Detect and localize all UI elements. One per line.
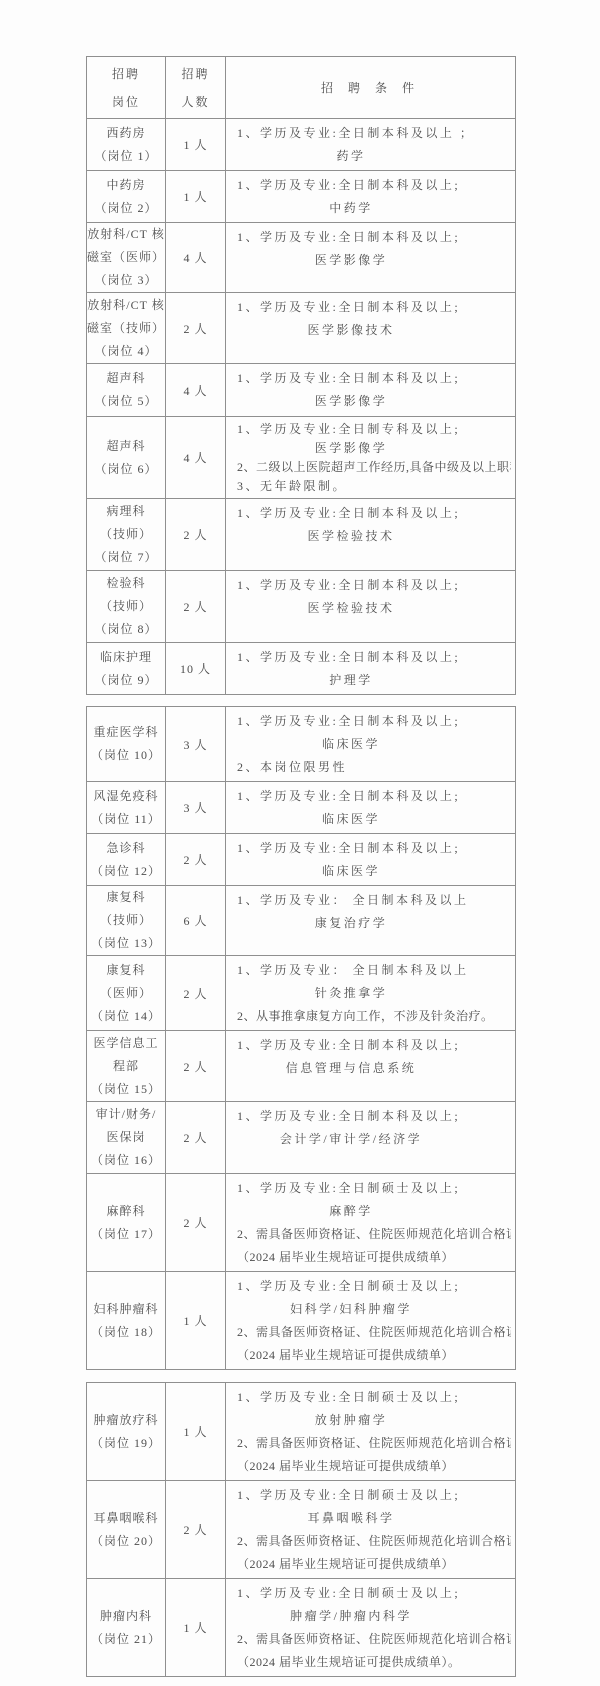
- count-cell: 4 人: [166, 223, 226, 293]
- condition-line: 1、学历及专业:全日制本科及以上;: [237, 574, 511, 597]
- condition-line: 2、二级以上医院超声工作经历,具备中级及以上职称。: [237, 458, 511, 477]
- position-cell: 医学信息工程部（岗位 15）: [87, 1031, 166, 1102]
- condition-cell: 1、学历及专业:全日制本科及以上;护理学: [226, 643, 516, 695]
- condition-cell: 1、学历及专业:全日制硕士及以上;耳鼻咽喉科学2、需具备医师资格证、住院医师规范…: [226, 1481, 516, 1579]
- condition-line: 2、需具备医师资格证、住院医师规范化培训合格证。: [237, 1530, 511, 1553]
- position-line: 肿瘤放疗科: [87, 1409, 165, 1432]
- condition-line: 医学影像学: [237, 390, 511, 413]
- position-line: 审计/财务/: [87, 1103, 165, 1126]
- condition-line: 医学影像学: [237, 439, 511, 458]
- condition-line: 2、从事推拿康复方向工作，不涉及针灸治疗。: [237, 1005, 511, 1028]
- position-line: 中药房: [87, 174, 165, 197]
- condition-cell: 1、学历及专业:全日制本科及以上;医学影像技术: [226, 293, 516, 364]
- condition-line: 1、学历及专业： 全日制本科及以上: [237, 959, 511, 982]
- position-line: 麻醉科: [87, 1200, 165, 1223]
- condition-cell: 1、学历及专业:全日制本科及以上;信息管理与信息系统: [226, 1031, 516, 1102]
- condition-cell: 1、学历及专业:全日制本科及以上;医学检验技术: [226, 571, 516, 643]
- position-line: （岗位 19）: [87, 1432, 165, 1455]
- position-line: 病理科: [87, 500, 165, 523]
- condition-line: 妇科学/妇科肿瘤学: [237, 1298, 511, 1321]
- position-cell: 超声科（岗位 6）: [87, 417, 166, 499]
- header-condition-cell: 招 聘 条 件: [226, 57, 516, 119]
- position-line: （岗位 3）: [87, 269, 165, 292]
- table-row: 审计/财务/医保岗（岗位 16） 2 人 1、学历及专业:全日制本科及以上;会计…: [87, 1102, 516, 1174]
- header-position-cell: 招聘 岗位: [87, 57, 166, 119]
- condition-line: 1、学历及专业:全日制硕士及以上;: [237, 1386, 511, 1409]
- position-line: 西药房: [87, 122, 165, 145]
- condition-cell: 1、学历及专业:全日制硕士及以上;肿瘤学/肿瘤内科学2、需具备医师资格证、住院医…: [226, 1579, 516, 1677]
- table-row: 医学信息工程部（岗位 15） 2 人 1、学历及专业:全日制本科及以上;信息管理…: [87, 1031, 516, 1102]
- position-line: （岗位 17）: [87, 1223, 165, 1246]
- condition-line: 3、无年龄限制。: [237, 477, 511, 496]
- table-row: 妇科肿瘤科（岗位 18） 1 人 1、学历及专业:全日制硕士及以上;妇科学/妇科…: [87, 1272, 516, 1370]
- count-cell: 4 人: [166, 417, 226, 499]
- position-line: 风湿免疫科: [87, 785, 165, 808]
- position-line: 医保岗: [87, 1126, 165, 1149]
- recruitment-table-3: 肿瘤放疗科（岗位 19） 1 人 1、学历及专业:全日制硕士及以上;放射肿瘤学2…: [86, 1382, 516, 1677]
- condition-line: 1、学历及专业:全日制硕士及以上;: [237, 1484, 511, 1507]
- condition-cell: 1、学历及专业:全日制本科及以上;临床医学: [226, 834, 516, 886]
- condition-line: 医学检验技术: [237, 597, 511, 620]
- position-cell: 耳鼻咽喉科（岗位 20）: [87, 1481, 166, 1579]
- condition-line: 1、学历及专业:全日制专科及以上;: [237, 420, 511, 439]
- count-cell: 1 人: [166, 119, 226, 171]
- position-line: （岗位 11）: [87, 808, 165, 831]
- position-line: （岗位 7）: [87, 546, 165, 569]
- count-cell: 3 人: [166, 707, 226, 782]
- position-cell: 超声科（岗位 5）: [87, 364, 166, 417]
- condition-line: 2、需具备医师资格证、住院医师规范化培训合格证。: [237, 1432, 511, 1455]
- position-cell: 临床护理（岗位 9）: [87, 643, 166, 695]
- count-cell: 2 人: [166, 1174, 226, 1272]
- position-cell: 风湿免疫科（岗位 11）: [87, 782, 166, 834]
- position-cell: 肿瘤放疗科（岗位 19）: [87, 1383, 166, 1481]
- position-line: 康复科: [87, 886, 165, 909]
- position-cell: 康复科（医师）（岗位 14）: [87, 956, 166, 1031]
- recruitment-table-2: 重症医学科（岗位 10） 3 人 1、学历及专业:全日制本科及以上;临床医学2、…: [86, 706, 516, 1370]
- condition-line: 麻醉学: [237, 1200, 511, 1223]
- position-line: 放射科/CT 核: [87, 294, 165, 317]
- recruitment-table-1: 招聘 岗位 招聘 人数 招 聘 条 件 西药房（岗位 1） 1 人 1、学历及专…: [86, 56, 516, 695]
- condition-line: 临床医学: [237, 808, 511, 831]
- table-row: 麻醉科（岗位 17） 2 人 1、学历及专业:全日制硕士及以上;麻醉学2、需具备…: [87, 1174, 516, 1272]
- position-line: 检验科: [87, 572, 165, 595]
- condition-line: 1、学历及专业:全日制本科及以上 ；: [237, 122, 511, 145]
- condition-line: 信息管理与信息系统: [237, 1057, 511, 1080]
- condition-line: 2、需具备医师资格证、住院医师规范化培训合格证。: [237, 1223, 511, 1246]
- table-row: 检验科（技师）（岗位 8） 2 人 1、学历及专业:全日制本科及以上;医学检验技…: [87, 571, 516, 643]
- table-row: 西药房（岗位 1） 1 人 1、学历及专业:全日制本科及以上 ；药学: [87, 119, 516, 171]
- position-line: 重症医学科: [87, 721, 165, 744]
- condition-line: 1、学历及专业:全日制硕士及以上;: [237, 1275, 511, 1298]
- condition-line: 1、学历及专业:全日制本科及以上;: [237, 367, 511, 390]
- count-cell: 1 人: [166, 1579, 226, 1677]
- table-row: 急诊科（岗位 12） 2 人 1、学历及专业:全日制本科及以上;临床医学: [87, 834, 516, 886]
- position-line: （岗位 21）: [87, 1628, 165, 1651]
- count-cell: 2 人: [166, 834, 226, 886]
- position-line: （岗位 16）: [87, 1149, 165, 1172]
- count-cell: 2 人: [166, 956, 226, 1031]
- position-line: （技师）: [87, 523, 165, 546]
- table-header-row: 招聘 岗位 招聘 人数 招 聘 条 件: [87, 57, 516, 119]
- position-line: 急诊科: [87, 837, 165, 860]
- condition-line: 1、学历及专业:全日制本科及以上;: [237, 174, 511, 197]
- count-cell: 2 人: [166, 1102, 226, 1174]
- position-cell: 放射科/CT 核磁室（技师）（岗位 4）: [87, 293, 166, 364]
- condition-line: 中药学: [237, 197, 511, 220]
- count-cell: 3 人: [166, 782, 226, 834]
- position-cell: 重症医学科（岗位 10）: [87, 707, 166, 782]
- position-cell: 西药房（岗位 1）: [87, 119, 166, 171]
- condition-line: 1、学历及专业:全日制本科及以上;: [237, 837, 511, 860]
- position-cell: 中药房（岗位 2）: [87, 171, 166, 223]
- position-line: 程部: [87, 1055, 165, 1078]
- condition-line: （2024 届毕业生规培证可提供成绩单）: [237, 1344, 511, 1367]
- condition-cell: 1、学历及专业:全日制硕士及以上;麻醉学2、需具备医师资格证、住院医师规范化培训…: [226, 1174, 516, 1272]
- position-cell: 妇科肿瘤科（岗位 18）: [87, 1272, 166, 1370]
- condition-line: 临床医学: [237, 733, 511, 756]
- table-row: 病理科（技师）（岗位 7） 2 人 1、学历及专业:全日制本科及以上;医学检验技…: [87, 499, 516, 571]
- condition-cell: 1、学历及专业： 全日制本科及以上康复治疗学: [226, 886, 516, 956]
- header-count-cell: 招聘 人数: [166, 57, 226, 119]
- position-cell: 检验科（技师）（岗位 8）: [87, 571, 166, 643]
- condition-line: 2、需具备医师资格证、住院医师规范化培训合格证。: [237, 1628, 511, 1651]
- position-line: 磁室（医师）: [87, 246, 165, 269]
- recruitment-document: 招聘 岗位 招聘 人数 招 聘 条 件 西药房（岗位 1） 1 人 1、学历及专…: [0, 0, 600, 1677]
- count-cell: 2 人: [166, 499, 226, 571]
- condition-line: （2024 届毕业生规培证可提供成绩单）: [237, 1553, 511, 1576]
- position-cell: 急诊科（岗位 12）: [87, 834, 166, 886]
- condition-line: 1、学历及专业:全日制本科及以上;: [237, 1034, 511, 1057]
- condition-cell: 1、学历及专业:全日制本科及以上;临床医学: [226, 782, 516, 834]
- condition-line: 1、学历及专业:全日制本科及以上;: [237, 226, 511, 249]
- table-row: 耳鼻咽喉科（岗位 20） 2 人 1、学历及专业:全日制硕士及以上;耳鼻咽喉科学…: [87, 1481, 516, 1579]
- condition-line: 医学检验技术: [237, 525, 511, 548]
- table-row: 风湿免疫科（岗位 11） 3 人 1、学历及专业:全日制本科及以上;临床医学: [87, 782, 516, 834]
- position-line: （岗位 15）: [87, 1078, 165, 1101]
- table-row: 超声科（岗位 5） 4 人 1、学历及专业:全日制本科及以上;医学影像学: [87, 364, 516, 417]
- position-line: （岗位 1）: [87, 145, 165, 168]
- count-cell: 1 人: [166, 171, 226, 223]
- position-cell: 康复科（技师）（岗位 13）: [87, 886, 166, 956]
- position-line: （岗位 4）: [87, 340, 165, 363]
- condition-line: 药学: [237, 145, 511, 168]
- position-line: （岗位 2）: [87, 197, 165, 220]
- position-line: （岗位 13）: [87, 932, 165, 955]
- condition-line: （2024 届毕业生规培证可提供成绩单）: [237, 1455, 511, 1478]
- condition-line: 护理学: [237, 669, 511, 692]
- position-line: （岗位 10）: [87, 744, 165, 767]
- table-row: 重症医学科（岗位 10） 3 人 1、学历及专业:全日制本科及以上;临床医学2、…: [87, 707, 516, 782]
- condition-cell: 1、学历及专业:全日制专科及以上;医学影像学2、二级以上医院超声工作经历,具备中…: [226, 417, 516, 499]
- condition-line: 医学影像技术: [237, 319, 511, 342]
- position-line: （岗位 18）: [87, 1321, 165, 1344]
- condition-line: 1、学历及专业:全日制本科及以上;: [237, 1105, 511, 1128]
- count-cell: 2 人: [166, 293, 226, 364]
- header-count-line1: 招聘: [166, 60, 225, 88]
- position-line: 肿瘤内科: [87, 1605, 165, 1628]
- condition-line: （2024 届毕业生规培证可提供成绩单）: [237, 1246, 511, 1269]
- position-line: （岗位 5）: [87, 390, 165, 413]
- table-row: 肿瘤内科（岗位 21） 1 人 1、学历及专业:全日制硕士及以上;肿瘤学/肿瘤内…: [87, 1579, 516, 1677]
- condition-line: 临床医学: [237, 860, 511, 883]
- table-row: 临床护理（岗位 9） 10 人 1、学历及专业:全日制本科及以上;护理学: [87, 643, 516, 695]
- position-line: （技师）: [87, 909, 165, 932]
- count-cell: 1 人: [166, 1272, 226, 1370]
- table-row: 放射科/CT 核磁室（技师）（岗位 4） 2 人 1、学历及专业:全日制本科及以…: [87, 293, 516, 364]
- condition-line: 1、学历及专业:全日制本科及以上;: [237, 785, 511, 808]
- position-line: （岗位 6）: [87, 458, 165, 481]
- count-cell: 2 人: [166, 1031, 226, 1102]
- condition-cell: 1、学历及专业:全日制本科及以上;中药学: [226, 171, 516, 223]
- count-cell: 2 人: [166, 571, 226, 643]
- table-row: 中药房（岗位 2） 1 人 1、学历及专业:全日制本科及以上;中药学: [87, 171, 516, 223]
- condition-line: 1、学历及专业:全日制本科及以上;: [237, 296, 511, 319]
- condition-cell: 1、学历及专业:全日制本科及以上;医学检验技术: [226, 499, 516, 571]
- position-cell: 肿瘤内科（岗位 21）: [87, 1579, 166, 1677]
- position-line: （岗位 12）: [87, 860, 165, 883]
- position-cell: 麻醉科（岗位 17）: [87, 1174, 166, 1272]
- condition-line: 放射肿瘤学: [237, 1409, 511, 1432]
- condition-line: 1、学历及专业:全日制本科及以上;: [237, 502, 511, 525]
- condition-line: 1、学历及专业： 全日制本科及以上: [237, 889, 511, 912]
- position-line: （医师）: [87, 982, 165, 1005]
- position-cell: 病理科（技师）（岗位 7）: [87, 499, 166, 571]
- header-count-line2: 人数: [166, 88, 225, 116]
- condition-cell: 1、学历及专业:全日制本科及以上;临床医学2、本岗位限男性: [226, 707, 516, 782]
- condition-cell: 1、学历及专业:全日制本科及以上 ；药学: [226, 119, 516, 171]
- count-cell: 6 人: [166, 886, 226, 956]
- header-position-line2: 岗位: [87, 88, 165, 116]
- position-line: （岗位 9）: [87, 669, 165, 692]
- count-cell: 1 人: [166, 1383, 226, 1481]
- position-line: （岗位 8）: [87, 618, 165, 641]
- condition-line: 2、需具备医师资格证、住院医师规范化培训合格证。: [237, 1321, 511, 1344]
- count-cell: 2 人: [166, 1481, 226, 1579]
- position-line: 妇科肿瘤科: [87, 1298, 165, 1321]
- condition-line: 2、本岗位限男性: [237, 756, 511, 779]
- table-row: 康复科（技师）（岗位 13） 6 人 1、学历及专业： 全日制本科及以上康复治疗…: [87, 886, 516, 956]
- position-line: 超声科: [87, 435, 165, 458]
- position-cell: 审计/财务/医保岗（岗位 16）: [87, 1102, 166, 1174]
- table-row: 超声科（岗位 6） 4 人 1、学历及专业:全日制专科及以上;医学影像学2、二级…: [87, 417, 516, 499]
- table-row: 肿瘤放疗科（岗位 19） 1 人 1、学历及专业:全日制硕士及以上;放射肿瘤学2…: [87, 1383, 516, 1481]
- condition-line: 1、学历及专业:全日制本科及以上;: [237, 646, 511, 669]
- position-line: 临床护理: [87, 646, 165, 669]
- condition-line: （2024 届毕业生规培证可提供成绩单）。: [237, 1651, 511, 1674]
- condition-line: 耳鼻咽喉科学: [237, 1507, 511, 1530]
- condition-cell: 1、学历及专业:全日制本科及以上;会计学/审计学/经济学: [226, 1102, 516, 1174]
- table-row: 康复科（医师）（岗位 14） 2 人 1、学历及专业： 全日制本科及以上针灸推拿…: [87, 956, 516, 1031]
- header-position-line1: 招聘: [87, 60, 165, 88]
- position-line: 超声科: [87, 367, 165, 390]
- condition-cell: 1、学历及专业:全日制硕士及以上;妇科学/妇科肿瘤学2、需具备医师资格证、住院医…: [226, 1272, 516, 1370]
- position-line: 医学信息工: [87, 1032, 165, 1055]
- table-row: 放射科/CT 核磁室（医师）（岗位 3） 4 人 1、学历及专业:全日制本科及以…: [87, 223, 516, 293]
- position-line: （岗位 20）: [87, 1530, 165, 1553]
- condition-line: 1、学历及专业:全日制硕士及以上;: [237, 1582, 511, 1605]
- condition-cell: 1、学历及专业:全日制本科及以上;医学影像学: [226, 364, 516, 417]
- condition-cell: 1、学历及专业:全日制本科及以上;医学影像学: [226, 223, 516, 293]
- count-cell: 4 人: [166, 364, 226, 417]
- condition-line: 康复治疗学: [237, 912, 511, 935]
- position-line: （岗位 14）: [87, 1005, 165, 1028]
- condition-line: 1、学历及专业:全日制硕士及以上;: [237, 1177, 511, 1200]
- position-line: 磁室（技师）: [87, 317, 165, 340]
- condition-line: 针灸推拿学: [237, 982, 511, 1005]
- condition-line: 医学影像学: [237, 249, 511, 272]
- position-line: 放射科/CT 核: [87, 223, 165, 246]
- position-cell: 放射科/CT 核磁室（医师）（岗位 3）: [87, 223, 166, 293]
- condition-line: 肿瘤学/肿瘤内科学: [237, 1605, 511, 1628]
- condition-cell: 1、学历及专业:全日制硕士及以上;放射肿瘤学2、需具备医师资格证、住院医师规范化…: [226, 1383, 516, 1481]
- position-line: （技师）: [87, 595, 165, 618]
- condition-line: 会计学/审计学/经济学: [237, 1128, 511, 1151]
- condition-cell: 1、学历及专业： 全日制本科及以上针灸推拿学2、从事推拿康复方向工作，不涉及针灸…: [226, 956, 516, 1031]
- count-cell: 10 人: [166, 643, 226, 695]
- position-line: 康复科: [87, 959, 165, 982]
- condition-line: 1、学历及专业:全日制本科及以上;: [237, 710, 511, 733]
- position-line: 耳鼻咽喉科: [87, 1507, 165, 1530]
